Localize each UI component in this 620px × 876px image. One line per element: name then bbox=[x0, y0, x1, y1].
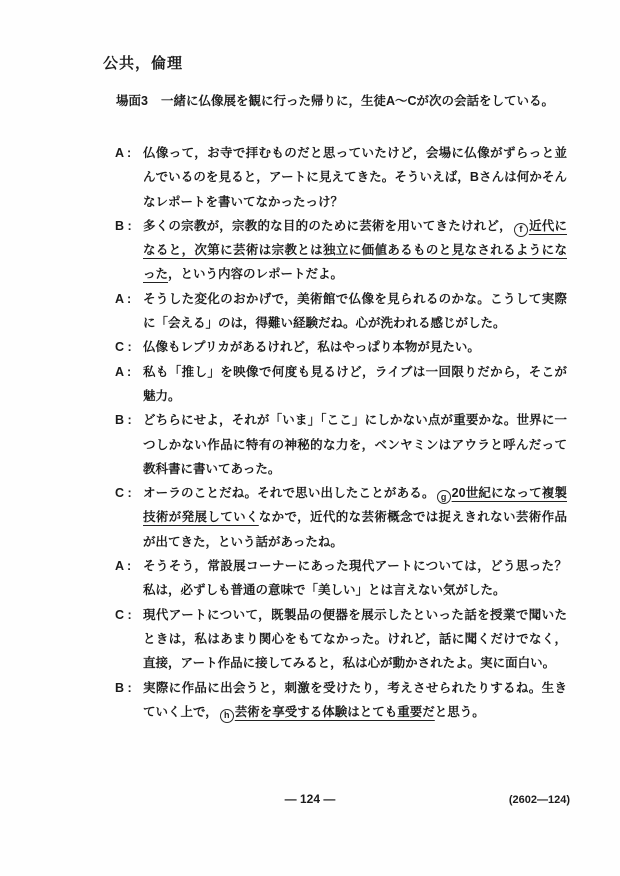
dialogue-text-segment: 仏像って，お寺で拝むものだと思っていたけど，会場に仏像がずらっと並んでいるのを見… bbox=[143, 146, 567, 209]
speaker-label: A : bbox=[115, 287, 143, 336]
dialogue-text-segment: どちらにせよ，それが「いま」「ここ」にしかない点が重要かな。世界に一つしかない作… bbox=[143, 413, 567, 476]
dialogue-text: どちらにせよ，それが「いま」「ここ」にしかない点が重要かな。世界に一つしかない作… bbox=[143, 408, 567, 481]
dialogue-line: A : 仏像って，お寺で拝むものだと思っていたけど，会場に仏像がずらっと並んでい… bbox=[115, 141, 567, 214]
dialogue-text: そうそう，常設展コーナーにあった現代アートについては，どう思った？ 私は，必ずし… bbox=[143, 554, 567, 603]
dialogue-text-segment: ，という内容のレポートだよ。 bbox=[168, 267, 343, 281]
speaker-label: A : bbox=[115, 554, 143, 603]
speaker-label: B : bbox=[115, 214, 143, 287]
dialogue-line: C : オーラのことだね。それで思い出したことがある。g20世紀になって複製技術… bbox=[115, 481, 567, 554]
dialogue-text: 仏像って，お寺で拝むものだと思っていたけど，会場に仏像がずらっと並んでいるのを見… bbox=[143, 141, 567, 214]
speaker-label: A : bbox=[115, 141, 143, 214]
circled-letter-g: g bbox=[437, 490, 451, 504]
dialogue-text-segment: 私も「推し」を映像で何度も見るけど，ライブは一回限りだから，そこが魅力。 bbox=[143, 365, 567, 403]
dialogue-text-segment: そうそう，常設展コーナーにあった現代アートについては，どう思った？ 私は，必ずし… bbox=[143, 559, 580, 597]
underlined-passage-h: 芸術を享受する体験はとても重要だ bbox=[235, 705, 435, 719]
document-code: (2602—124) bbox=[509, 794, 570, 806]
speaker-label: B : bbox=[115, 676, 143, 725]
circled-letter-h: h bbox=[220, 709, 234, 723]
dialogue-line: A : そうした変化のおかげで，美術館で仏像を見られるのかな。こうして実際に「会… bbox=[115, 287, 567, 336]
dialogue-text: 多くの宗教が，宗教的な目的のために芸術を用いてきたけれど，f近代になると，次第に… bbox=[143, 214, 567, 287]
dialogue-text-segment: 多くの宗教が，宗教的な目的のために芸術を用いてきたけれど， bbox=[143, 219, 512, 233]
dialogue-text: 仏像もレプリカがあるけれど，私はやっぱり本物が見たい。 bbox=[143, 335, 567, 359]
dialogue-line: B : 実際に作品に出会うと，刺激を受けたり，考えさせられたりするね。生きていく… bbox=[115, 676, 567, 725]
dialogue-text-segment: オーラのことだね。それで思い出したことがある。 bbox=[143, 486, 435, 500]
dialogue-text: そうした変化のおかげで，美術館で仏像を見られるのかな。こうして実際に「会える」の… bbox=[143, 287, 567, 336]
dialogue-text-segment: 現代アートについて，既製品の便器を展示したといった話を授業で聞いたときは，私はあ… bbox=[143, 608, 567, 671]
dialogue-text: オーラのことだね。それで思い出したことがある。g20世紀になって複製技術が発展し… bbox=[143, 481, 567, 554]
dialogue-line: C : 仏像もレプリカがあるけれど，私はやっぱり本物が見たい。 bbox=[115, 335, 567, 359]
dialogue-line: A : そうそう，常設展コーナーにあった現代アートについては，どう思った？ 私は… bbox=[115, 554, 567, 603]
dialogue-line: B : 多くの宗教が，宗教的な目的のために芸術を用いてきたけれど，f近代になると… bbox=[115, 214, 567, 287]
dialogue-text: 実際に作品に出会うと，刺激を受けたり，考えさせられたりするね。生きていく上で，h… bbox=[143, 676, 567, 725]
dialogue-text-segment: と思う。 bbox=[435, 705, 485, 719]
dialogue-text: 私も「推し」を映像で何度も見るけど，ライブは一回限りだから，そこが魅力。 bbox=[143, 360, 567, 409]
scene-label: 場面3 bbox=[116, 94, 148, 108]
circled-letter-f: f bbox=[514, 223, 528, 237]
speaker-label: C : bbox=[115, 335, 143, 359]
speaker-label: C : bbox=[115, 603, 143, 676]
exam-page: 公共，倫理 場面3一緒に仏像展を観に行った帰りに，生徒A～Cが次の会話をしている… bbox=[0, 0, 620, 876]
dialogue-block: A : 仏像って，お寺で拝むものだと思っていたけど，会場に仏像がずらっと並んでい… bbox=[115, 141, 567, 724]
scene-heading: 場面3一緒に仏像展を観に行った帰りに，生徒A～Cが次の会話をしている。 bbox=[116, 91, 554, 109]
dialogue-line: A : 私も「推し」を映像で何度も見るけど，ライブは一回限りだから，そこが魅力。 bbox=[115, 360, 567, 409]
dialogue-text-segment: そうした変化のおかげで，美術館で仏像を見られるのかな。こうして実際に「会える」の… bbox=[143, 292, 567, 330]
dialogue-text-segment: 仏像もレプリカがあるけれど，私はやっぱり本物が見たい。 bbox=[143, 340, 480, 354]
speaker-label: B : bbox=[115, 408, 143, 481]
scene-description: 一緒に仏像展を観に行った帰りに，生徒A～Cが次の会話をしている。 bbox=[161, 94, 554, 108]
dialogue-text: 現代アートについて，既製品の便器を展示したといった話を授業で聞いたときは，私はあ… bbox=[143, 603, 567, 676]
speaker-label: C : bbox=[115, 481, 143, 554]
dialogue-line: C : 現代アートについて，既製品の便器を展示したといった話を授業で聞いたときは… bbox=[115, 603, 567, 676]
dialogue-line: B : どちらにせよ，それが「いま」「ここ」にしかない点が重要かな。世界に一つし… bbox=[115, 408, 567, 481]
speaker-label: A : bbox=[115, 360, 143, 409]
subject-title: 公共，倫理 bbox=[103, 52, 183, 73]
